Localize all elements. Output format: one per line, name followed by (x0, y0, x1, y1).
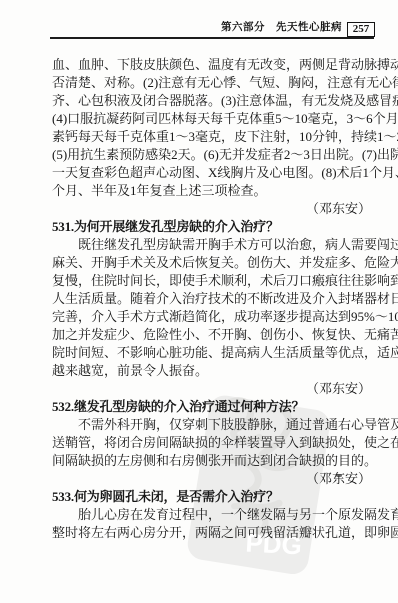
continuation-paragraph: 血、血肿、下肢皮肤颜色、温度有无改变，两侧足背动脉搏动是否清楚、对称。(2)注意… (52, 56, 373, 200)
text-line: 既往继发孔型房缺需开胸手术方可以治愈，病人需要闯过全 (52, 236, 373, 254)
text-line: 麻关、开胸手术关及术后恢复关。创伤大、并发症多、危险大、恢 (52, 254, 373, 272)
text-line: 间隔缺损的左房侧和右房侧张开而达到闭合缺损的目的。 (52, 452, 373, 470)
question-533-heading: 533.何为卵圆孔未闭，是否需介入治疗？ (52, 488, 373, 506)
text-line: 血、血肿、下肢皮肤颜色、温度有无改变，两侧足背动脉搏动是 (52, 56, 373, 74)
text-line: 素钙每天每千克体重1～3毫克，皮下注射，10分钟，持续1～2天。 (52, 128, 373, 146)
text-line: 越来越宽，前景令人振奋。 (52, 362, 373, 380)
author-signature: （邓东安） (52, 470, 373, 488)
text-line: 送鞘管，将闭合房间隔缺损的伞样装置导入到缺损处，使之在房 (52, 434, 373, 452)
author-signature: （邓东安） (52, 200, 373, 218)
page-header: 第六部分 先天性心脏病 257 (221, 19, 375, 39)
scanned-book-page: 第六部分 先天性心脏病 257 PDG 血、血肿、下肢皮肤颜色、温度有无改变，两… (0, 0, 398, 603)
question-533-answer: 胎儿心房在发育过程中，一个继发隔与另一个原发隔发育完整时将左右两心房分开，两隔之… (52, 506, 373, 542)
text-line: 否清楚、对称。(2)注意有无心悸、气短、胸闷，注意有无心律不 (52, 74, 373, 92)
author-signature: （邓东安） (52, 380, 373, 398)
question-531-heading: 531.为何开展继发孔型房缺的介入治疗？ (52, 218, 373, 236)
text-line: 齐、心包积液及闭合器脱落。(3)注意体温，有无发烧及感冒症状。 (52, 92, 373, 110)
text-line: 个月、半年及1年复查上述三项检查。 (52, 182, 373, 200)
text-line: 加之并发症少、危险性小、不开胸、创伤小、恢复快、无痛苦、住 (52, 326, 373, 344)
text-line: 院时间短、不影响心脏功能、提高病人生活质量等优点，适应证 (52, 344, 373, 362)
text-line: 不需外科开胸，仅穿刺下肢股静脉，通过普通右心导管及传 (52, 416, 373, 434)
text-line: (5)用抗生素预防感染2天。(6)无并发症者2～3日出院。(7)出院前 (52, 146, 373, 164)
text-line: 人生活质量。随着介入治疗技术的不断改进及介入封堵器材日益 (52, 290, 373, 308)
text-line: 整时将左右两心房分开，两隔之间可残留活瓣状孔道，即卵圆孔， (52, 524, 373, 542)
section-title: 第六部分 先天性心脏病 (221, 19, 342, 39)
text-line: 完善，介入手术方式渐趋简化，成功率逐步提高达到95%～100%。 (52, 308, 373, 326)
text-line: 复慢，住院时间长，即使手术顺利，术后刀口瘢痕往往影响到病 (52, 272, 373, 290)
text-line: 胎儿心房在发育过程中，一个继发隔与另一个原发隔发育完 (52, 506, 373, 524)
text-line: (4)口服抗凝药阿司匹林每天每千克体重5～10毫克，3～6个月；肝 (52, 110, 373, 128)
question-532-answer: 不需外科开胸，仅穿刺下肢股静脉，通过普通右心导管及传送鞘管，将闭合房间隔缺损的伞… (52, 416, 373, 470)
question-531-answer: 既往继发孔型房缺需开胸手术方可以治愈，病人需要闯过全麻关、开胸手术关及术后恢复关… (52, 236, 373, 380)
page-number-badge: 257 (347, 22, 375, 37)
page-body: 血、血肿、下肢皮肤颜色、温度有无改变，两侧足背动脉搏动是否清楚、对称。(2)注意… (52, 56, 373, 542)
question-532-heading: 532.继发孔型房缺的介入治疗通过何种方法？ (52, 398, 373, 416)
text-line: 一天复查彩色超声心动图、X线胸片及心电图。(8)术后1个月、3 (52, 164, 373, 182)
